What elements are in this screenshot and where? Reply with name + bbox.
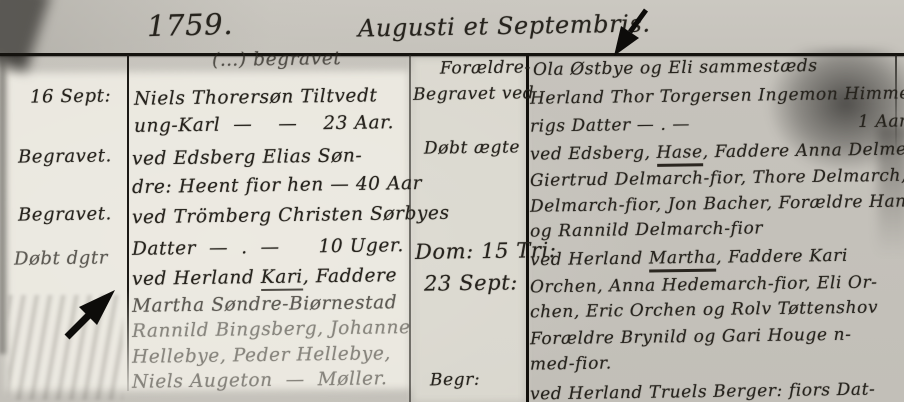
- year-heading: 1759.: [147, 9, 234, 42]
- register-entry-line: Forældre Brynild og Gari Houge n-: [530, 327, 852, 349]
- parish-register-scan: 1759. Augusti et Septembris. 16 Sept: Be…: [0, 0, 904, 402]
- margin-burial-abbrev-label: Begr:: [430, 372, 481, 391]
- margin-date-label: 16 Sept:: [30, 87, 111, 107]
- register-entry-line: (…) begravet: [212, 49, 342, 70]
- register-entry-line: Herland Thor Torgersen Ingemon Himme-: [530, 85, 904, 108]
- column-rule-left-column-end: [409, 55, 411, 402]
- entry-text: ved Herland: [132, 267, 261, 290]
- register-entry-line: ved Herland Martha, Faddere Kari: [530, 248, 848, 270]
- arrow-pointing-down-left-icon: [600, 8, 658, 62]
- arrow-pointing-up-right-icon: [58, 284, 122, 346]
- underlined-name: Hase: [656, 142, 702, 167]
- entry-text: ved Herland: [530, 249, 649, 271]
- paper-fold-top-left: [0, 0, 51, 71]
- register-entry-line: ved Trömberg Christen Sørbyes: [132, 204, 450, 228]
- register-entry-line: Niels Thorersøn Tiltvedt: [134, 86, 378, 109]
- register-entry-line: ved Edsberg, Hase, Faddere Anna Delme-: [530, 141, 904, 164]
- register-entry-line: dre: Heent fior hen — 40 Aar: [132, 174, 422, 197]
- entry-text: , Faddere Kari: [716, 246, 848, 268]
- register-entry-line: Orchen, Anna Hedemarch-fior, Eli Or-: [530, 275, 878, 298]
- register-entry-line: chen, Eric Orchen og Rolv Tøttenshov: [530, 300, 878, 323]
- column-rule-center: [526, 55, 529, 402]
- register-entry-line: Delmarch-fior, Jon Bacher, Forældre Hans: [530, 193, 904, 216]
- underlined-name: Martha: [649, 248, 717, 273]
- register-entry-line: Ola Østbye og Eli sammestæds: [533, 58, 818, 80]
- register-entry-line: ung-Karl — — 23 Aar.: [134, 113, 394, 136]
- register-entry-line: Rannild Bingsberg, Johanne: [132, 318, 411, 341]
- register-entry-line: rigs Datter — . — 1 Aar: [530, 113, 904, 136]
- register-entry-line: og Rannild Delmarch-fior: [530, 220, 763, 241]
- register-entry-line: Niels Augeton — Møller.: [132, 369, 388, 392]
- entry-text: , Faddere Anna Delme-: [703, 139, 904, 162]
- margin-parents-label: Forældre-: [440, 59, 531, 78]
- register-entry-line: Hellebye, Peder Hellebye,: [132, 344, 391, 367]
- entry-text: , Faddere: [303, 265, 397, 287]
- margin-burial-at-label: Begravet ved: [413, 85, 535, 105]
- entry-text: ved Edsberg,: [530, 143, 657, 165]
- margin-baptism-label: Døbt ægte: [424, 139, 520, 158]
- register-entry-line: med-fior.: [530, 355, 612, 374]
- paper-light-patch-middle: [413, 58, 525, 402]
- underlined-name: Kari: [261, 266, 303, 291]
- register-entry-line: Martha Søndre-Biørnestad: [132, 293, 397, 316]
- column-rule-left-margin: [127, 55, 129, 391]
- register-entry-line: Giertrud Delmarch-fior, Thore Delmarch, …: [530, 167, 904, 191]
- margin-date-label: 23 Sept:: [424, 271, 518, 294]
- margin-burial-label: Begravet.: [18, 147, 112, 167]
- register-entry-line: Datter — . — 10 Uger.: [132, 236, 404, 259]
- register-entry-line: ved Edsberg Elias Søn-: [132, 146, 362, 169]
- paper-edge-left: [0, 54, 9, 354]
- top-horizontal-rule: [0, 53, 904, 56]
- margin-baptism-label: Døbt dgtr: [14, 249, 108, 269]
- register-entry-line: ved Herland Kari, Faddere: [132, 266, 397, 289]
- register-entry-line: ved Herland Truels Berger: fiors Dat-: [530, 382, 876, 402]
- margin-burial-label: Begravet.: [18, 205, 112, 225]
